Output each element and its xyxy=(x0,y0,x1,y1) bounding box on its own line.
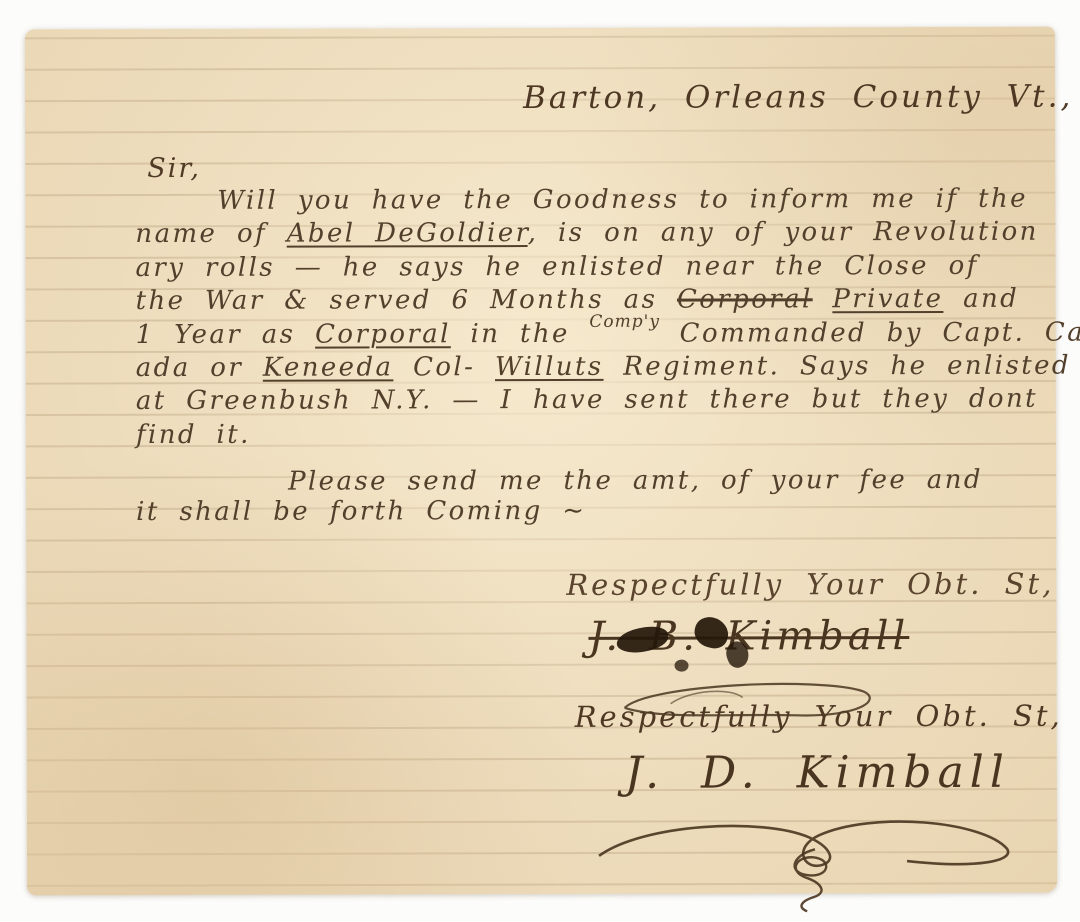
underlined-word: Willuts xyxy=(495,352,604,382)
line-text: it shall be forth Coming ~ xyxy=(136,496,586,527)
line-text: Will you have the Goodness to inform me … xyxy=(217,184,1028,216)
struck-word: Corporal xyxy=(677,284,813,314)
line-text: ary rolls — he says he enlisted near the… xyxy=(135,251,978,283)
line-text: and xyxy=(943,284,1019,314)
letter-line: at Greenbush N.Y. — I have sent there bu… xyxy=(136,383,1080,419)
letter-line: 1 Year as Corporal in the Comp'y Command… xyxy=(136,316,1080,352)
letter-line: find it. xyxy=(136,416,1080,452)
closing-line-2: Respectfully Your Obt. St, xyxy=(575,699,1063,734)
line-text: find it. xyxy=(136,419,251,449)
line-text: name of xyxy=(135,219,286,249)
letter-body-paragraph-2: Please send me the amt, of your fee and … xyxy=(136,465,983,527)
line-text: Commanded by Capt. Can xyxy=(660,317,1080,348)
underlined-word: Corporal xyxy=(315,319,451,349)
inserted-word: Comp'y xyxy=(589,311,660,331)
line-text: in the xyxy=(451,318,590,348)
letter-body-paragraph-1: Will you have the Goodness to inform me … xyxy=(135,183,1080,453)
line-text: ada or xyxy=(136,353,263,383)
underlined-word: Private xyxy=(832,284,943,314)
dateline: Barton, Orleans County Vt., xyxy=(523,79,1073,116)
underlined-word: Keneeda xyxy=(263,352,394,382)
letter-line: name of Abel DeGoldier, is on any of you… xyxy=(135,216,1080,252)
ink-blot xyxy=(675,660,689,672)
line-text: Please send me the amt, of your fee and xyxy=(288,465,983,497)
letter-line: ada or Keneeda Col- Willuts Regiment. Sa… xyxy=(136,349,1080,385)
line-text: , is on any of your Revolution xyxy=(528,217,1039,248)
letter-line: Will you have the Goodness to inform me … xyxy=(135,183,1080,219)
letter-scan: Barton, Orleans County Vt., Sir, Will yo… xyxy=(0,0,1080,922)
line-text: Regiment. Says he enlisted xyxy=(603,351,1070,382)
line-text: at Greenbush N.Y. — I have sent there bu… xyxy=(136,384,1038,416)
flourish-graphic xyxy=(583,809,1023,915)
letter-paper: Barton, Orleans County Vt., Sir, Will yo… xyxy=(25,27,1057,896)
salutation: Sir, xyxy=(147,153,201,184)
letter-line: ary rolls — he says he enlisted near the… xyxy=(135,249,1080,285)
line-text: Col- xyxy=(393,352,495,382)
signature-flourish xyxy=(583,809,1023,919)
letter-line: Please send me the amt, of your fee and xyxy=(136,465,983,497)
line-text: 1 Year as xyxy=(136,319,315,349)
signature: J. D. Kimball xyxy=(625,747,1010,799)
underlined-name: Abel DeGoldier xyxy=(287,218,528,249)
letter-line: it shall be forth Coming ~ xyxy=(136,495,983,527)
closing-line-1: Respectfully Your Obt. St, xyxy=(566,567,1054,602)
